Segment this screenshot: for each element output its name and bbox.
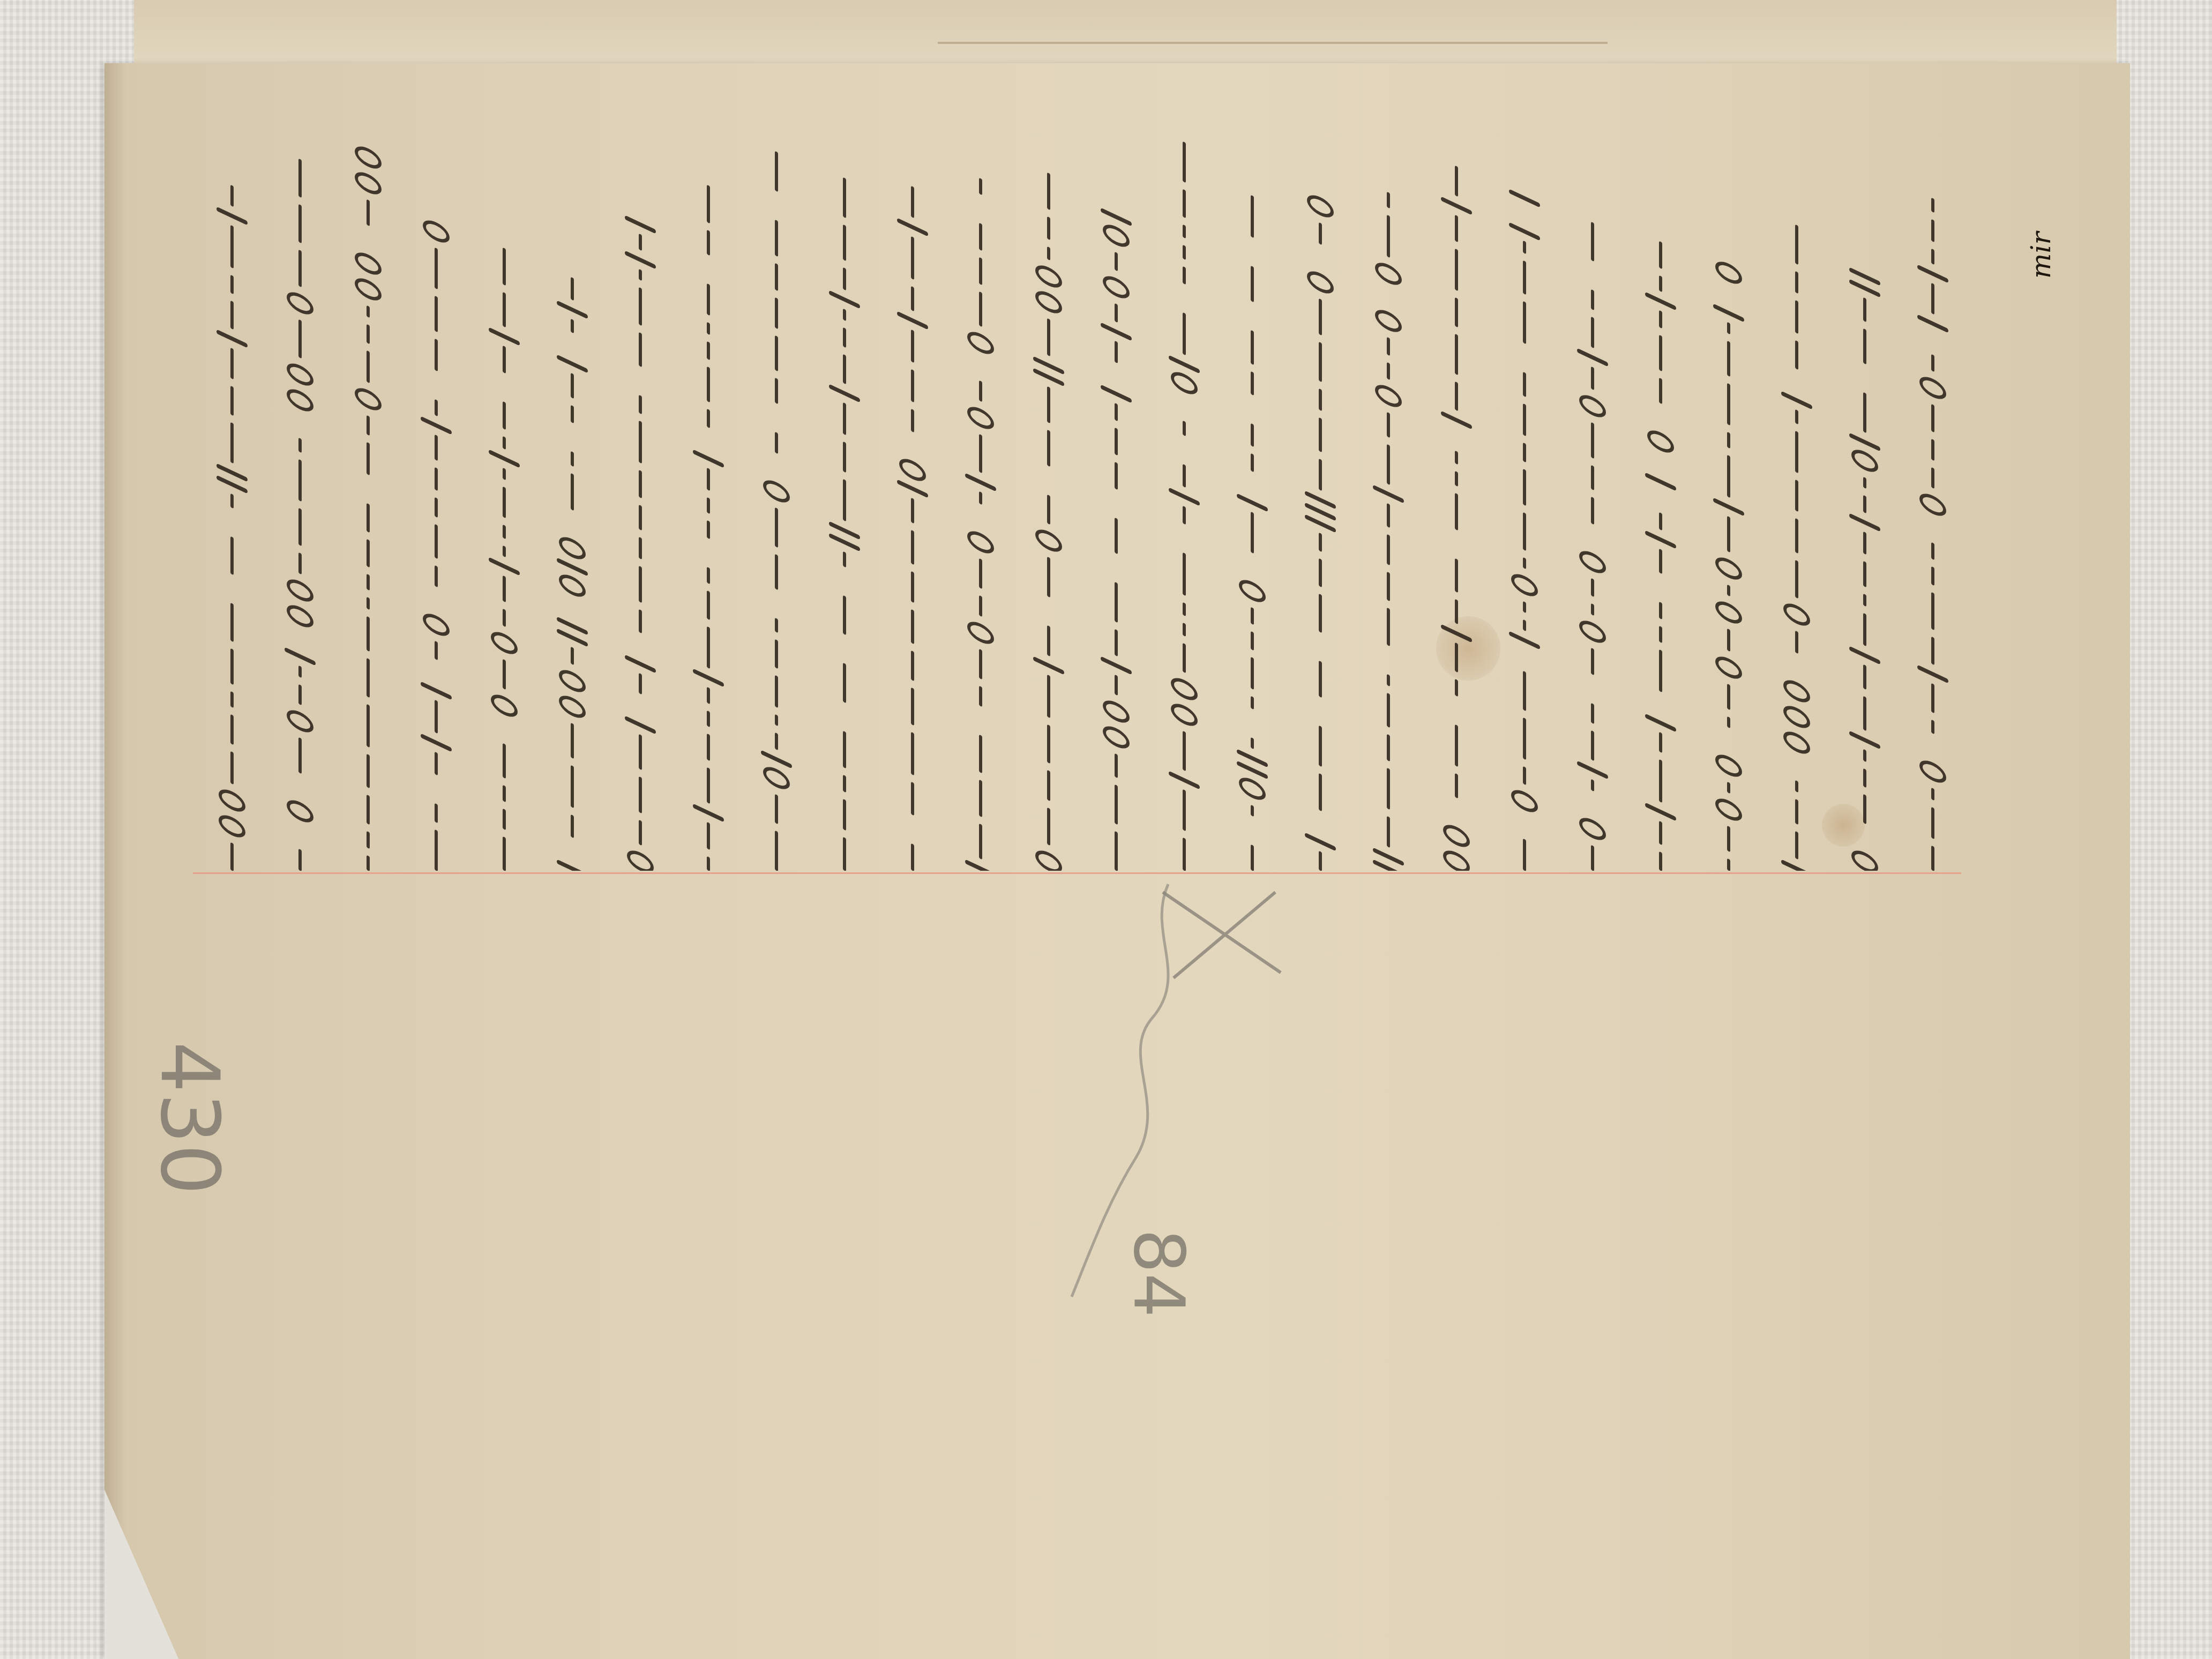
script-stroke: [367, 539, 370, 568]
script-stroke: [489, 557, 520, 576]
script-stroke: [1455, 599, 1458, 625]
script-stroke: [1171, 699, 1198, 730]
script-stroke: [571, 373, 574, 399]
script-stroke: [1579, 547, 1606, 577]
script-stroke: [1795, 560, 1798, 599]
script-stroke: [911, 530, 914, 565]
script-stroke: [1115, 428, 1118, 456]
script-stroke: [897, 218, 928, 236]
script-stroke: [1591, 222, 1594, 262]
script-stroke: [1795, 225, 1798, 265]
script-stroke: [1863, 794, 1866, 825]
script-stroke: [843, 442, 846, 473]
script-stroke: [639, 609, 642, 634]
script-stroke: [775, 675, 778, 708]
script-stroke: [775, 639, 778, 669]
script-stroke: [1591, 578, 1594, 597]
script-stroke: [1659, 549, 1662, 574]
script-stroke: [230, 185, 234, 207]
script-stroke: [1103, 696, 1130, 727]
script-stroke: [298, 737, 302, 774]
script-stroke: [1591, 703, 1594, 724]
script-stroke: [1455, 724, 1458, 767]
script-stroke: [491, 690, 518, 721]
script-stroke: [1795, 518, 1798, 554]
script-stroke: [1047, 675, 1050, 719]
script-stroke: [367, 704, 370, 748]
script-stroke: [1047, 430, 1050, 467]
script-stroke: [1387, 674, 1390, 687]
script-stroke: [1931, 467, 1934, 489]
script-stroke: [503, 248, 506, 286]
script-stroke: [230, 536, 234, 576]
script-stroke: [979, 686, 982, 707]
script-stroke: [763, 476, 790, 506]
script-stroke: [967, 617, 994, 648]
script-stroke: [639, 269, 642, 281]
script-stroke: [1931, 592, 1934, 631]
script-stroke: [230, 275, 234, 295]
handwritten-line: [402, 96, 470, 868]
script-stroke: [1115, 831, 1118, 871]
script-stroke: [1047, 318, 1050, 357]
page-number-430: 430: [143, 1042, 236, 1195]
script-stroke: [1579, 391, 1606, 421]
script-stroke: [843, 595, 846, 636]
script-stroke: [1591, 422, 1594, 459]
script-stroke: [230, 603, 234, 642]
pencil-curve-line: [1061, 879, 1200, 1307]
script-stroke: [435, 803, 438, 824]
script-stroke: [911, 843, 914, 871]
script-stroke: [571, 405, 574, 424]
script-stroke: [1795, 271, 1798, 294]
script-stroke: [298, 684, 302, 706]
script-stroke: [1523, 718, 1526, 760]
script-stroke: [1523, 241, 1526, 255]
script-stroke: [1577, 760, 1608, 779]
script-stroke: [421, 733, 452, 752]
fold-crease: [938, 42, 1608, 44]
script-stroke: [435, 641, 438, 661]
script-stroke: [1251, 195, 1254, 238]
script-stroke: [1101, 207, 1132, 226]
handwritten-line: [539, 96, 607, 868]
script-stroke: [298, 552, 302, 575]
script-stroke: [1183, 643, 1186, 674]
script-stroke: [1455, 471, 1458, 487]
script-stroke: [1509, 222, 1540, 241]
script-stroke: [1863, 297, 1866, 323]
script-stroke: [1713, 497, 1744, 516]
script-stroke: [1931, 439, 1934, 461]
script-stroke: [1863, 495, 1866, 514]
script-stroke: [1319, 459, 1322, 491]
script-stroke: [1659, 512, 1662, 531]
script-stroke: [1101, 322, 1132, 341]
script-stroke: [979, 824, 982, 860]
script-stroke: [639, 287, 642, 326]
script-stroke: [639, 566, 642, 603]
script-stroke: [1047, 808, 1050, 846]
script-stroke: [367, 574, 370, 591]
script-stroke: [219, 811, 245, 841]
script-stroke: [627, 846, 654, 871]
script-stroke: [639, 820, 642, 846]
script-stroke: [1931, 566, 1934, 586]
script-stroke: [1251, 805, 1254, 817]
script-stroke: [1727, 858, 1730, 871]
script-stroke: [979, 595, 982, 617]
script-stroke: [1251, 423, 1254, 447]
script-stroke: [775, 714, 778, 727]
script-stroke: [1919, 756, 1946, 787]
script-stroke: [423, 216, 450, 246]
script-stroke: [1727, 585, 1730, 597]
script-stroke: [911, 571, 914, 603]
script-stroke: [355, 142, 382, 173]
script-stroke: [707, 341, 710, 361]
script-stroke: [1591, 317, 1594, 349]
script-stroke: [1523, 512, 1526, 551]
script-stroke: [1169, 771, 1200, 789]
script-stroke: [1591, 779, 1594, 792]
script-stroke: [979, 178, 982, 196]
script-stroke: [559, 666, 586, 696]
script-stroke: [571, 277, 574, 301]
script-stroke: [230, 494, 234, 509]
script-stroke: [1183, 623, 1186, 637]
script-stroke: [1387, 768, 1390, 810]
script-stroke: [557, 300, 588, 319]
script-stroke: [421, 681, 452, 700]
script-stroke: [707, 367, 710, 403]
script-stroke: [1919, 372, 1946, 403]
script-stroke: [1523, 557, 1526, 570]
script-stroke: [1659, 335, 1662, 372]
script-stroke: [1047, 625, 1050, 657]
script-stroke: [1715, 750, 1742, 781]
script-stroke: [707, 856, 710, 871]
script-stroke: [435, 565, 438, 588]
script-stroke: [1171, 674, 1198, 704]
script-stroke: [559, 570, 586, 601]
script-stroke: [1863, 613, 1866, 647]
script-stroke: [1727, 826, 1730, 853]
handwritten-line: [1626, 96, 1694, 868]
script-stroke: [571, 723, 574, 759]
script-stroke: [1319, 851, 1322, 871]
script-stroke: [1319, 417, 1322, 453]
script-stroke: [367, 831, 370, 849]
script-stroke: [1795, 799, 1798, 825]
script-stroke: [1523, 443, 1526, 463]
script-stroke: [1047, 557, 1050, 598]
script-stroke: [775, 335, 778, 372]
script-stroke: [1715, 257, 1742, 288]
script-stroke: [707, 734, 710, 761]
script-stroke: [1115, 753, 1118, 779]
script-stroke: [1183, 266, 1186, 285]
script-stroke: [1387, 192, 1390, 209]
script-stroke: [559, 533, 586, 563]
script-stroke: [1251, 737, 1254, 750]
script-stroke: [367, 855, 370, 871]
script-stroke: [843, 177, 846, 219]
script-stroke: [1183, 552, 1186, 596]
script-stroke: [1523, 403, 1526, 437]
script-stroke: [707, 185, 710, 224]
script-stroke: [639, 734, 642, 771]
script-stroke: [707, 409, 710, 429]
script-stroke: [775, 297, 778, 330]
script-stroke: [707, 468, 710, 491]
handwritten-line: [1558, 96, 1626, 868]
script-stroke: [979, 292, 982, 327]
script-stroke: [287, 601, 313, 631]
script-stroke: [298, 508, 302, 547]
script-stroke: [899, 454, 926, 485]
script-stroke: [1863, 696, 1866, 731]
script-stroke: [1659, 649, 1662, 693]
script-stroke: [967, 327, 994, 358]
script-stroke: [1591, 845, 1594, 871]
script-stroke: [503, 836, 506, 871]
script-stroke: [298, 438, 302, 453]
script-stroke: [230, 714, 234, 745]
script-stroke: [775, 794, 778, 825]
script-stroke: [435, 497, 438, 518]
script-stroke: [1387, 215, 1390, 258]
script-stroke: [1795, 300, 1798, 334]
script-stroke: [435, 248, 438, 290]
script-stroke: [1727, 716, 1730, 729]
script-stroke: [843, 402, 846, 436]
script-stroke: [1455, 382, 1458, 412]
script-stroke: [1251, 696, 1254, 710]
script-stroke: [707, 767, 710, 804]
script-stroke: [843, 267, 846, 291]
script-stroke: [775, 618, 778, 633]
script-stroke: [1523, 601, 1526, 614]
script-stroke: [1591, 289, 1594, 311]
script-stroke: [1443, 846, 1470, 871]
script-stroke: [1169, 487, 1200, 506]
script-stroke: [1523, 469, 1526, 506]
script-stroke: [1103, 272, 1130, 302]
script-stroke: [1251, 657, 1254, 690]
script-stroke: [625, 250, 656, 269]
script-stroke: [503, 609, 506, 627]
script-stroke: [1659, 626, 1662, 644]
script-stroke: [1375, 305, 1402, 336]
script-stroke: [1183, 602, 1186, 617]
script-stroke: [965, 473, 996, 491]
script-stroke: [1115, 403, 1118, 422]
script-stroke: [639, 234, 642, 251]
script-stroke: [1115, 252, 1118, 272]
script-stroke: [1659, 821, 1662, 846]
script-stroke: [843, 663, 846, 704]
script-stroke: [1931, 198, 1934, 213]
script-stroke: [1645, 802, 1676, 821]
script-stroke: [230, 842, 234, 871]
script-stroke: [639, 332, 642, 368]
script-stroke: [1645, 530, 1676, 549]
script-stroke: [491, 627, 518, 658]
script-stroke: [775, 263, 778, 292]
script-stroke: [435, 339, 438, 372]
handwritten-line: [946, 96, 1014, 868]
script-stroke: [285, 647, 316, 666]
handwritten-line: [607, 96, 675, 868]
script-stroke: [1795, 780, 1798, 793]
script-stroke: [911, 609, 914, 645]
script-stroke: [1319, 594, 1322, 633]
handwritten-line: [1830, 96, 1899, 868]
script-stroke: [979, 434, 982, 474]
script-stroke: [1387, 337, 1390, 356]
handwritten-line: [1287, 96, 1355, 868]
handwritten-line: [198, 96, 266, 868]
script-stroke: [1849, 646, 1880, 664]
script-stroke: [707, 230, 710, 256]
script-stroke: [230, 691, 234, 708]
script-stroke: [843, 225, 846, 261]
script-stroke: [1443, 820, 1470, 851]
script-stroke: [557, 557, 588, 576]
handwritten-line: [470, 96, 539, 868]
script-stroke: [503, 401, 506, 430]
script-stroke: [1523, 372, 1526, 398]
script-stroke: [230, 422, 234, 464]
script-stroke: [1659, 378, 1662, 405]
script-stroke: [1795, 480, 1798, 512]
script-stroke: [639, 673, 642, 695]
script-stroke: [707, 322, 710, 335]
handwritten-line: [1355, 96, 1423, 868]
handwritten-line: [1150, 96, 1219, 868]
script-stroke: [1727, 629, 1730, 652]
script-stroke: [1591, 367, 1594, 391]
script-stroke: [1727, 455, 1730, 498]
script-stroke: [1931, 283, 1934, 315]
script-stroke: [829, 384, 860, 402]
script-stroke: [1863, 328, 1866, 365]
script-stroke: [367, 795, 370, 825]
script-stroke: [1781, 391, 1812, 409]
script-stroke: [775, 733, 778, 751]
script-stroke: [1319, 298, 1322, 336]
script-stroke: [761, 750, 792, 768]
script-stroke: [1251, 607, 1254, 625]
script-stroke: [1931, 637, 1934, 666]
script-stroke: [1237, 493, 1268, 512]
script-stroke: [298, 849, 302, 871]
script-stroke: [775, 831, 778, 871]
script-stroke: [1455, 215, 1458, 243]
script-stroke: [707, 711, 710, 728]
script-stroke: [763, 763, 790, 793]
catchword: mir: [2026, 232, 2057, 279]
script-stroke: [367, 442, 370, 476]
script-stroke: [1863, 532, 1866, 555]
script-stroke: [435, 467, 438, 491]
script-stroke: [693, 449, 724, 468]
script-stroke: [1251, 845, 1254, 871]
script-stroke: [1713, 303, 1744, 322]
script-stroke: [503, 545, 506, 558]
script-stroke: [1863, 561, 1866, 588]
script-stroke: [639, 505, 642, 531]
script-stroke: [625, 654, 656, 673]
script-stroke: [639, 421, 642, 464]
script-stroke: [1511, 786, 1538, 816]
handwritten-line: [1899, 96, 1967, 868]
script-stroke: [1387, 608, 1390, 647]
script-stroke: [829, 290, 860, 309]
script-stroke: [843, 309, 846, 322]
script-stroke: [287, 796, 313, 826]
script-stroke: [1863, 594, 1866, 607]
script-stroke: [1307, 267, 1334, 297]
script-stroke: [1251, 371, 1254, 396]
script-stroke: [897, 479, 928, 498]
top-folded-sheet: [134, 0, 2117, 65]
script-stroke: [1795, 631, 1798, 654]
script-stroke: [230, 225, 234, 269]
script-stroke: [435, 829, 438, 871]
script-stroke: [367, 503, 370, 533]
script-stroke: [1183, 731, 1186, 772]
script-stroke: [1455, 334, 1458, 376]
script-stroke: [298, 204, 302, 244]
script-stroke: [298, 159, 302, 198]
script-stroke: [1183, 312, 1186, 356]
script-stroke: [287, 575, 313, 606]
script-stroke: [1659, 310, 1662, 329]
handwritten-line: [742, 96, 810, 868]
script-stroke: [1387, 444, 1390, 485]
script-stroke: [1101, 384, 1132, 403]
script-stroke: [1523, 839, 1526, 871]
script-stroke: [1387, 503, 1390, 528]
script-stroke: [1251, 330, 1254, 365]
script-stroke: [367, 415, 370, 436]
script-stroke: [1183, 245, 1186, 260]
script-stroke: [1319, 342, 1322, 383]
script-stroke: [707, 567, 710, 585]
script-stroke: [1035, 846, 1062, 871]
script-stroke: [503, 576, 506, 603]
script-stroke: [693, 803, 724, 822]
script-stroke: [979, 735, 982, 774]
script-stroke: [230, 386, 234, 416]
script-stroke: [1783, 676, 1810, 706]
script-stroke: [298, 459, 302, 502]
script-stroke: [911, 498, 914, 524]
script-stroke: [843, 799, 846, 831]
script-stroke: [1727, 322, 1730, 335]
script-stroke: [367, 616, 370, 652]
script-stroke: [1455, 642, 1458, 673]
script-stroke: [1851, 445, 1878, 476]
handwritten-line: [878, 96, 946, 868]
script-stroke: [367, 324, 370, 345]
script-stroke: [911, 409, 914, 433]
script-stroke: [1033, 656, 1064, 675]
script-stroke: [965, 859, 996, 871]
